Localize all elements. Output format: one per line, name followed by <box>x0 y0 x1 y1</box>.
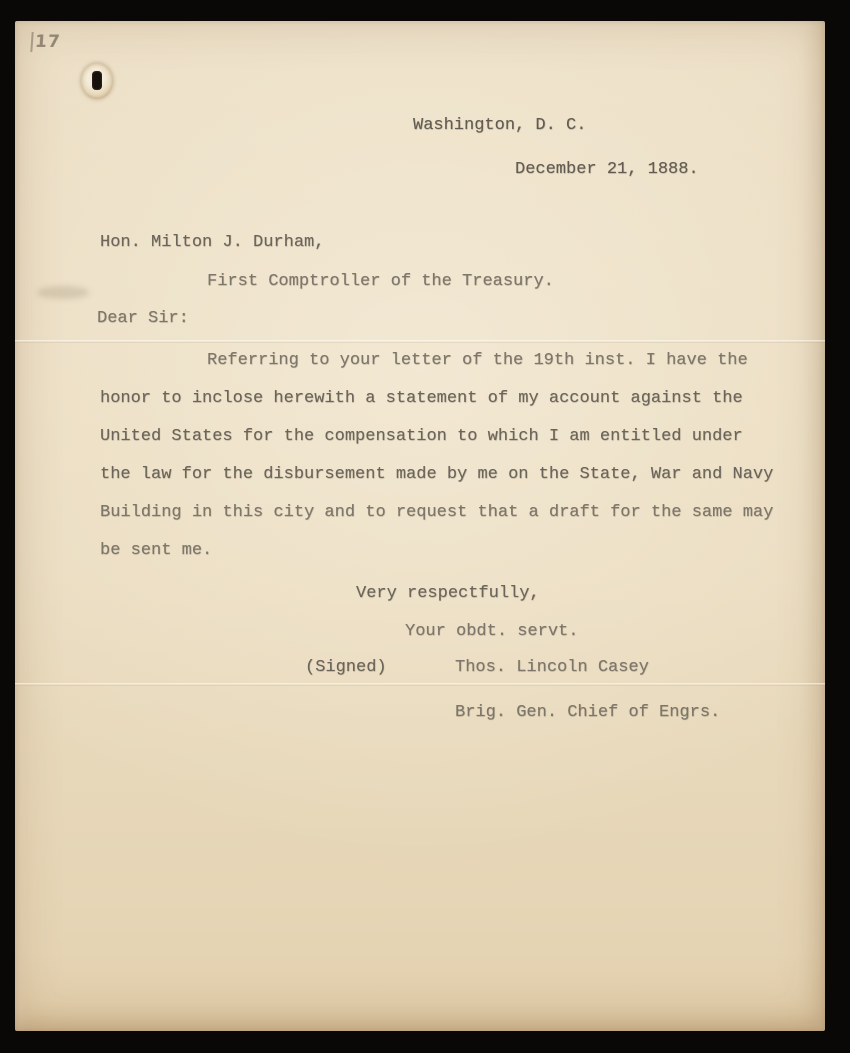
heading-place: Washington, D. C. <box>413 115 586 137</box>
typewritten-text-layer: Washington, D. C. December 21, 1888. Hon… <box>15 21 825 1031</box>
recipient-title: First Comptroller of the Treasury. <box>207 271 554 293</box>
body-line: Building in this city and to request tha… <box>100 502 773 524</box>
salutation: Dear Sir: <box>97 308 189 330</box>
body-line: the law for the disbursement made by me … <box>100 464 773 486</box>
signed-label: (Signed) <box>305 657 387 679</box>
signature-name: Thos. Lincoln Casey <box>455 657 649 679</box>
body-line: honor to inclose herewith a statement of… <box>100 388 743 410</box>
recipient-name: Hon. Milton J. Durham, <box>100 232 324 254</box>
valediction: Very respectfully, <box>356 583 540 605</box>
heading-date: December 21, 1888. <box>515 159 699 181</box>
letter-page: 17 Washington, D. C. December 21, 1888. … <box>15 21 825 1031</box>
scan-background: 17 Washington, D. C. December 21, 1888. … <box>0 0 850 1053</box>
signer-title: Brig. Gen. Chief of Engrs. <box>455 702 720 724</box>
body-line: Referring to your letter of the 19th ins… <box>207 350 748 372</box>
obedient-servant-line: Your obdt. servt. <box>405 621 578 643</box>
body-line: be sent me. <box>100 540 212 562</box>
body-line: United States for the compensation to wh… <box>100 426 743 448</box>
